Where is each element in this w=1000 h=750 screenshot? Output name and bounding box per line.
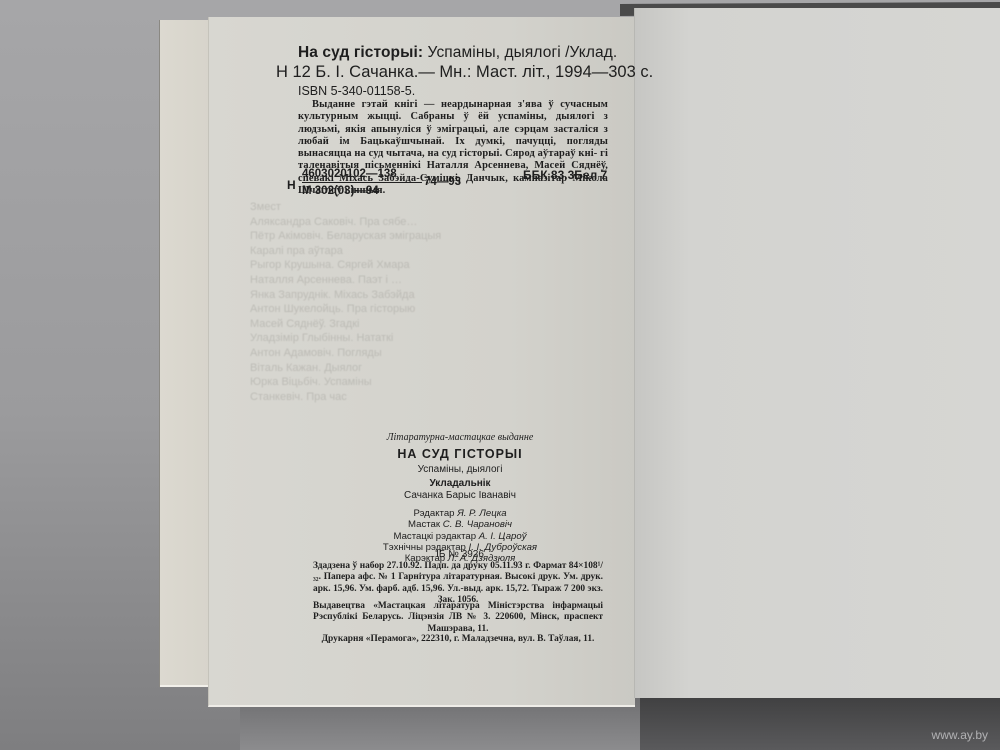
credit-name: Я. Р. Лецка (457, 508, 506, 519)
book-subtitle: Успаміны, дыялогі (300, 464, 620, 475)
ib-number: ІБ № 3926 (300, 549, 620, 560)
imprint-details: Здадзена ў набор 27.10.92. Падп. да друк… (313, 561, 603, 606)
credit-line: Рэдактар Я. Р. Лецка (300, 508, 620, 519)
right-page-blank[interactable] (634, 8, 1000, 698)
series-label: Літаратурна-мастацкае выданне (300, 432, 620, 443)
compiler-name: Сачанка Барыс Іванавіч (300, 490, 620, 501)
compiler-label: Укладальнік (300, 478, 620, 489)
credit-name: А. І. Цароў (479, 531, 527, 542)
credit-role: Мастак (408, 519, 440, 530)
catalog-book-title: На суд гісторыі: (298, 44, 423, 61)
catalog-code-denominator: М 302(03)—94 (302, 185, 379, 197)
bleed-through-text: Змест Аляксандра Саковіч. Пра сябе… Пётр… (250, 200, 441, 404)
fraction-line (302, 182, 422, 183)
catalog-subtitle: Успаміны, дыялогі /Уклад. (423, 44, 617, 61)
catalog-title-line: На суд гісторыі: Успаміны, дыялогі /Укла… (298, 44, 617, 62)
credit-role: Рэдактар (413, 508, 454, 519)
credit-line: Мастацкі рэдактар А. І. Цароў (300, 531, 620, 542)
catalog-author-line: Н 12 Б. І. Сачанка.— Мн.: Маст. літ., 19… (276, 63, 653, 82)
book-title: НА СУД ГІСТОРЫІ (300, 447, 620, 461)
catalog-index-letter: Н (287, 178, 296, 192)
catalog-code-numerator: 4603020102—138 (302, 168, 397, 180)
credit-name: С. В. Чарановіч (443, 519, 512, 530)
catalog-code-suffix: 74—93 (424, 176, 461, 188)
bbk-code: ББК 83.3Бел 7 (523, 168, 607, 182)
credit-line: Мастак С. В. Чарановіч (300, 519, 620, 530)
isbn: ISBN 5-340-01158-5. (298, 84, 415, 98)
site-watermark: www.ay.by (932, 728, 988, 742)
printer-info: Друкарня «Перамога», 222310, г. Маладзеч… (313, 634, 603, 644)
publisher-info: Выдавецтва «Мастацкая літаратура Міністэ… (313, 601, 603, 635)
credit-role: Мастацкі рэдактар (393, 531, 476, 542)
